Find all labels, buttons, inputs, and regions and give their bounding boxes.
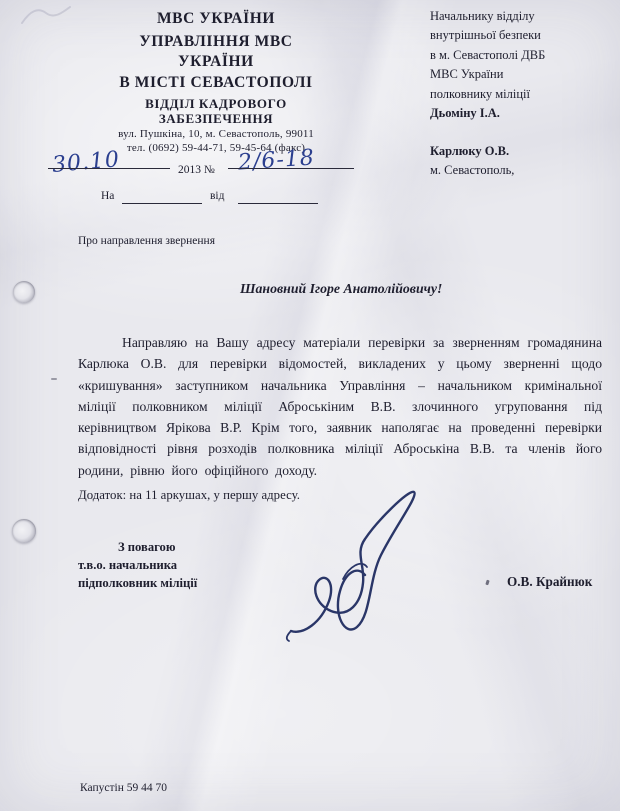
salutation: Шановний Ігоре Анатолійовичу!	[240, 281, 442, 297]
signoff-respect: З повагою	[118, 540, 175, 555]
recipient-line-2: внутрішньої безпеки	[430, 28, 615, 43]
recipient-line-5: полковнику міліції	[430, 87, 615, 102]
scanned-letter-page: МВС УКРАЇНИ УПРАВЛІННЯ МВС УКРАЇНИ В МІС…	[0, 0, 620, 811]
handwritten-doc-number: 2/6-18	[237, 145, 315, 175]
body-paragraph: Направляю на Вашу адресу матеріали перев…	[78, 332, 602, 481]
signature-scribble	[283, 483, 428, 648]
number-underline	[228, 168, 354, 169]
ref-na-label: На	[101, 190, 114, 202]
org-name-line-2: УПРАВЛІННЯ МВС	[40, 33, 392, 51]
punch-hole-top	[13, 281, 35, 303]
org-name-line-1: МВС УКРАЇНИ	[40, 10, 392, 28]
executor-footer: Капустін 59 44 70	[80, 782, 167, 794]
recipient-line-1: Начальнику відділу	[430, 9, 615, 24]
signoff-title-2: підполковник міліції	[78, 576, 197, 591]
signoff-title-1: т.в.о. начальника	[78, 558, 177, 573]
punch-hole-bottom	[12, 519, 36, 543]
ref-na-underline	[122, 203, 202, 204]
ink-speck	[485, 580, 489, 586]
org-address: вул. Пушкіна, 10, м. Севастополь, 99011	[40, 128, 392, 140]
recipient-line-4: МВС України	[430, 67, 615, 82]
handwritten-date: 30.10	[51, 147, 121, 178]
org-name-line-4: В МІСТІ СЕВАСТОПОЛІ	[40, 74, 392, 92]
signer-name: О.В. Крайнюк	[507, 574, 592, 590]
printed-year-number-label: 2013 №	[178, 164, 215, 176]
recipient-line-3: в м. Севастополі ДВБ	[430, 48, 615, 63]
ref-vid-label: від	[210, 190, 224, 202]
applicant-name: Карлюку О.В.	[430, 144, 615, 159]
applicant-city: м. Севастополь,	[430, 163, 615, 178]
subject-line: Про направлення звернення	[78, 235, 215, 247]
org-name-line-3: УКРАЇНИ	[40, 53, 392, 71]
attachment-note: Додаток: на 11 аркушах, у першу адресу.	[78, 488, 300, 503]
ref-vid-underline	[238, 203, 318, 204]
date-underline	[48, 168, 170, 169]
org-dept-line-1: ВІДДІЛ КАДРОВОГО	[40, 96, 392, 112]
recipient-name: Дьоміну І.А.	[430, 106, 615, 121]
org-dept-line-2: ЗАБЕЗПЕЧЕННЯ	[40, 111, 392, 127]
margin-speck	[51, 378, 57, 380]
